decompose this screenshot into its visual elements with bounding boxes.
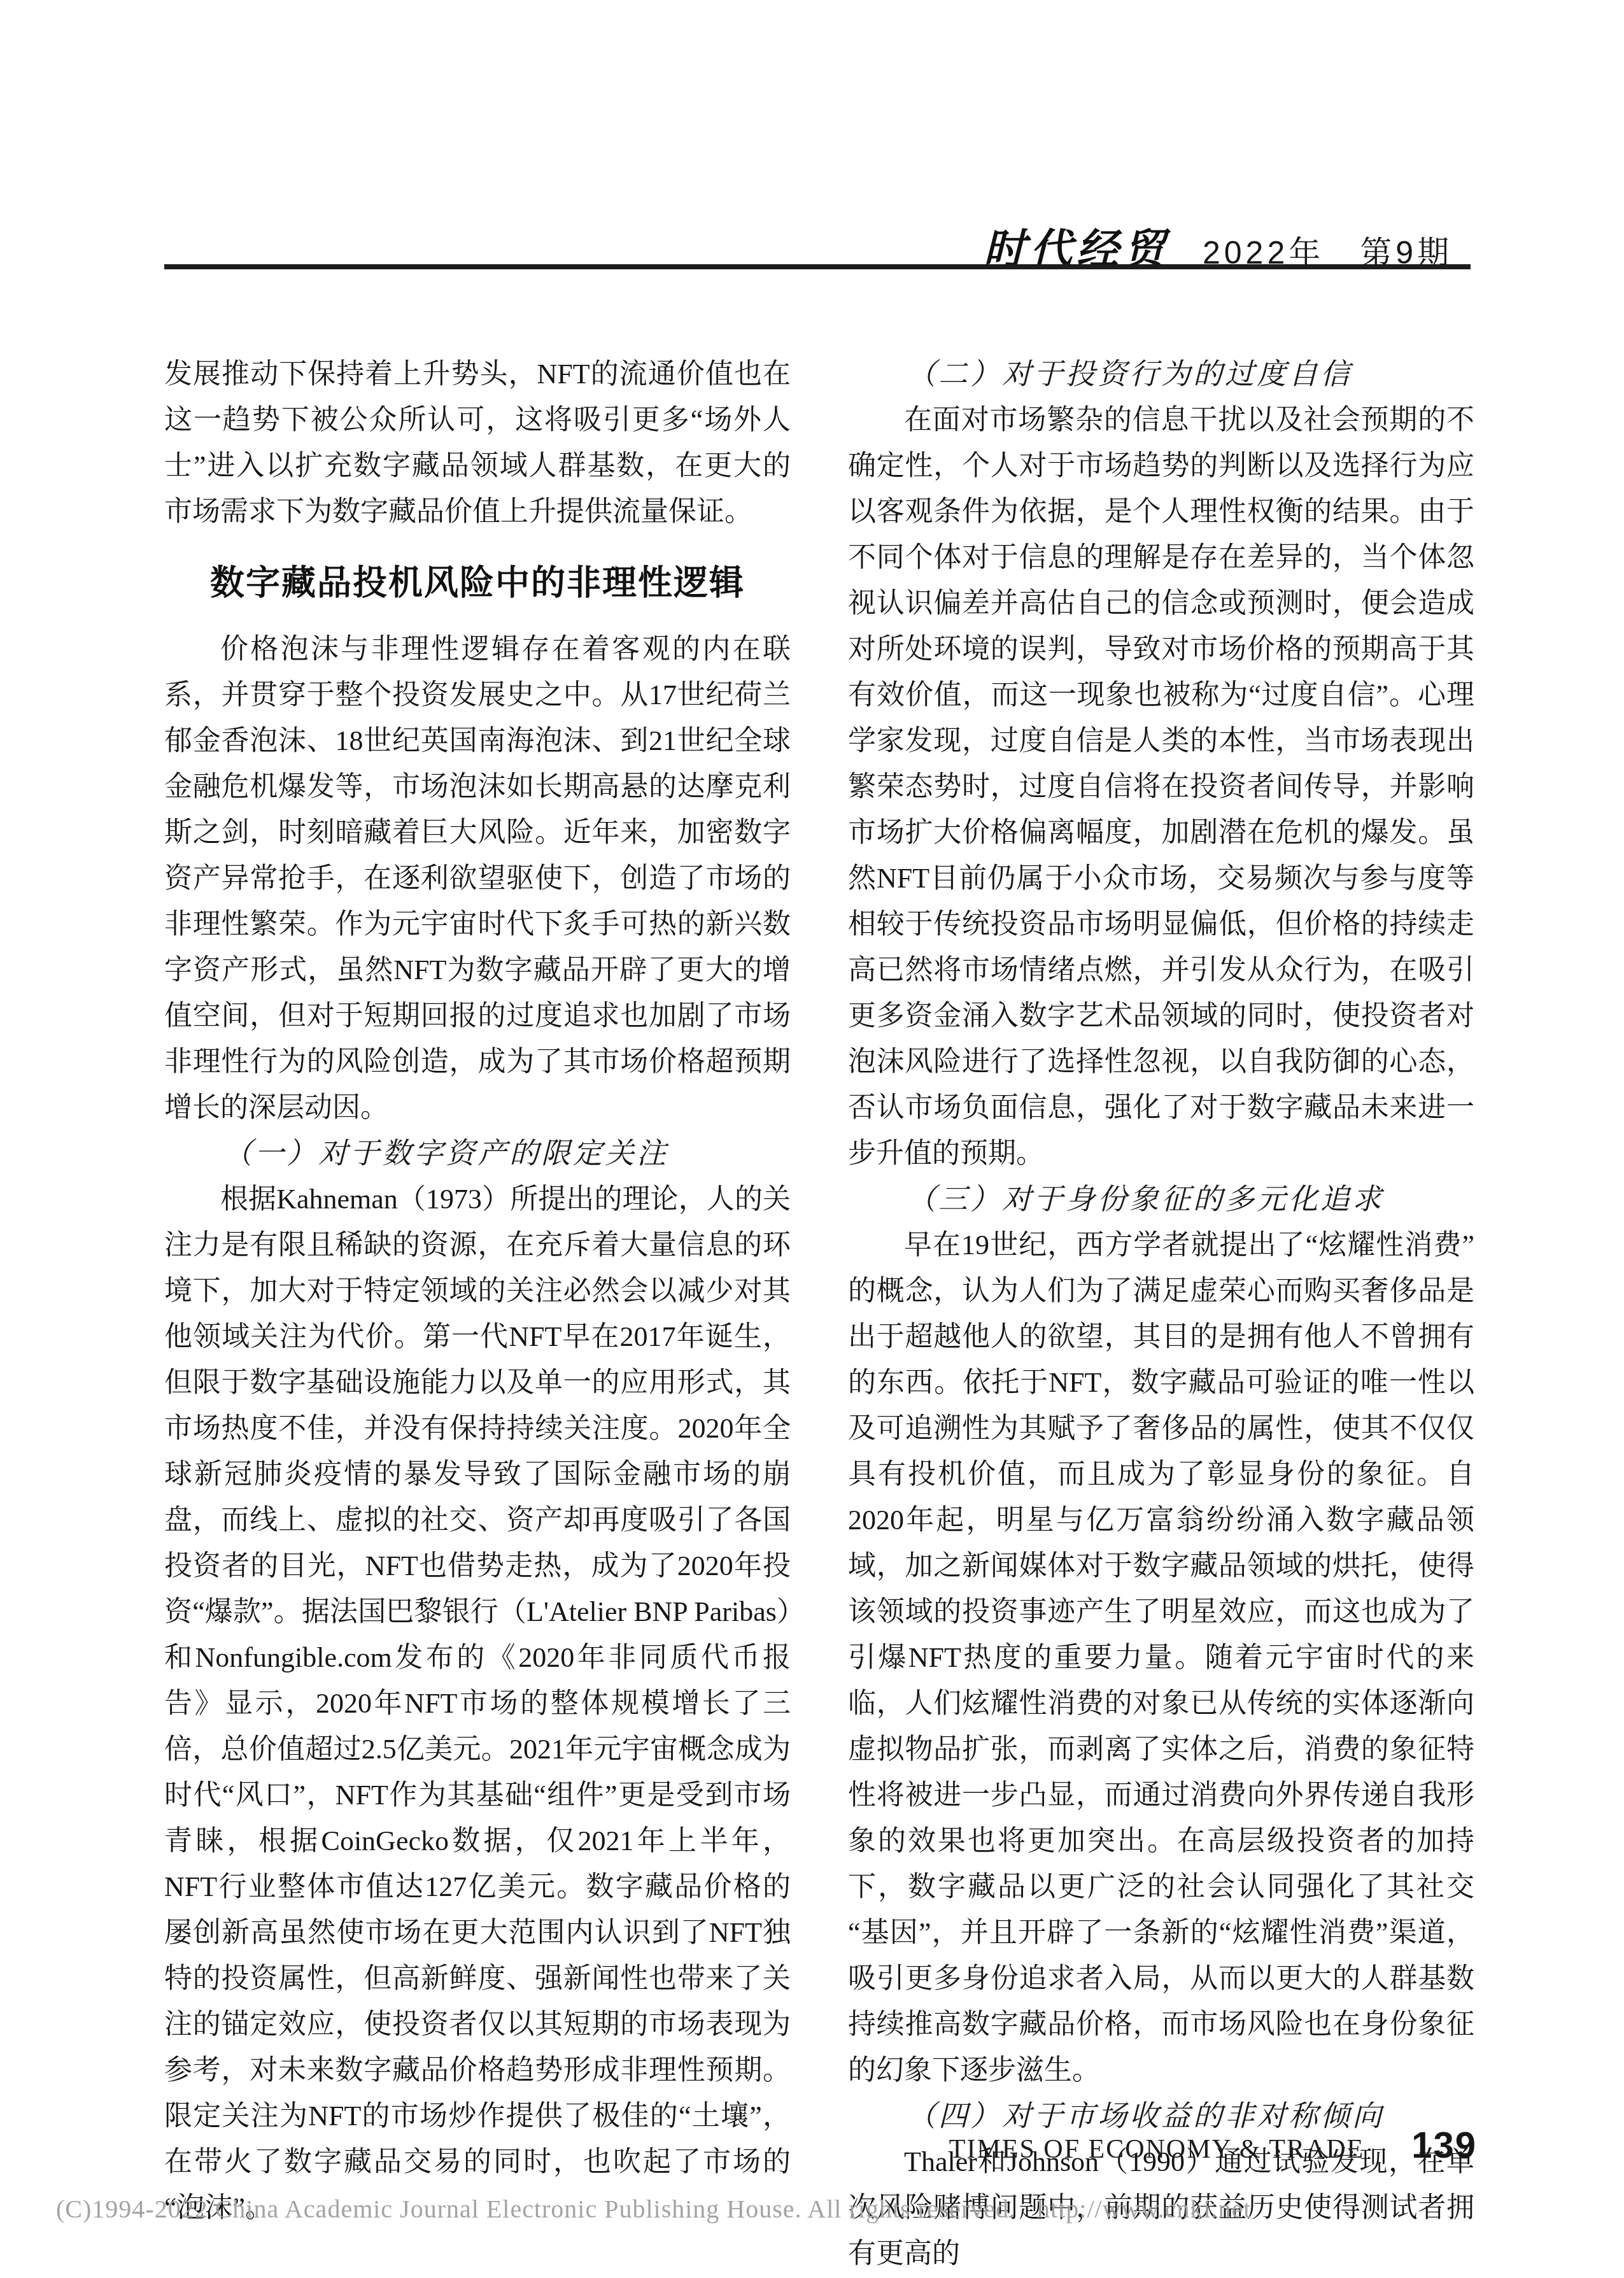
subsection-1-heading: （一）对于数字资产的限定关注: [164, 1131, 791, 1177]
journal-name-english: TIMES OF ECONOMY & TRADE: [949, 2134, 1364, 2165]
subsection-1-paragraph: 根据Kahneman（1973）所提出的理论，人的关注力是有限且稀缺的资源，在充…: [164, 1177, 791, 2231]
paragraph-continuation: 发展推动下保持着上升势头，NFT的流通价值也在这一趋势下被公众所认可，这将吸引更…: [164, 351, 791, 535]
journal-page: 时代经贸 2022年 第9期 发展推动下保持着上升势头，NFT的流通价值也在这一…: [0, 0, 1624, 2278]
journal-footer: TIMES OF ECONOMY & TRADE 139: [949, 2124, 1477, 2167]
subsection-2-paragraph: 在面对市场繁杂的信息干扰以及社会预期的不确定性，个人对于市场趋势的判断以及选择行…: [848, 397, 1474, 1177]
right-column: （二）对于投资行为的过度自信 在面对市场繁杂的信息干扰以及社会预期的不确定性，个…: [848, 351, 1474, 2277]
subsection-2-heading: （二）对于投资行为的过度自信: [848, 351, 1474, 397]
page-number: 139: [1411, 2124, 1477, 2167]
header-divider: [164, 264, 1471, 269]
section-heading: 数字藏品投机风险中的非理性逻辑: [164, 560, 791, 606]
subsection-3-heading: （三）对于身份象征的多元化追求: [848, 1177, 1474, 1222]
section-intro-paragraph: 价格泡沫与非理性逻辑存在着客观的内在联系，并贯穿于整个投资发展史之中。从17世纪…: [164, 626, 791, 1131]
left-column: 发展推动下保持着上升势头，NFT的流通价值也在这一趋势下被公众所认可，这将吸引更…: [164, 351, 791, 2231]
subsection-3-paragraph: 早在19世纪，西方学者就提出了“炫耀性消费”的概念，认为人们为了满足虚荣心而购买…: [848, 1222, 1474, 2093]
copyright-notice: (C)1994-2022 China Academic Journal Elec…: [56, 2194, 1251, 2224]
